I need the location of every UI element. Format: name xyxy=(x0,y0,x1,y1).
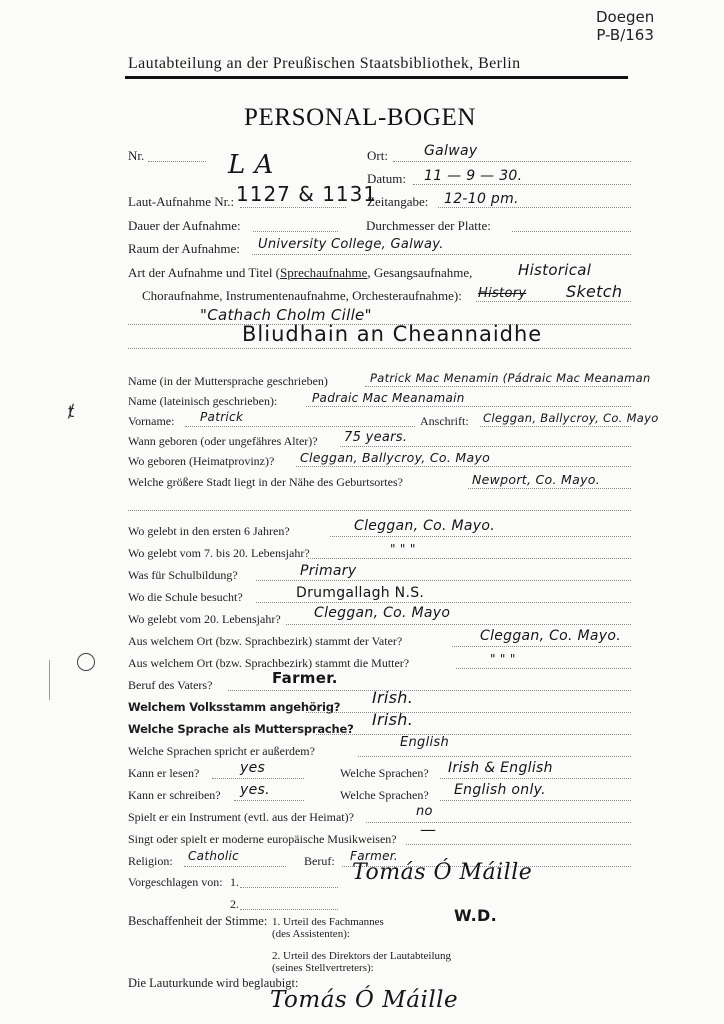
art-label-suffix: , Gesangsaufnahme, xyxy=(367,265,472,280)
schreiben-label: Kann er schreiben? xyxy=(128,787,221,803)
instrument-field[interactable] xyxy=(366,822,631,823)
nr-field[interactable] xyxy=(148,161,206,162)
raum-label: Raum der Aufnahme: xyxy=(128,241,240,257)
name-native-label: Name (in der Muttersprache geschrieben) xyxy=(128,373,328,389)
vorgeschlagen-1-num: 1. xyxy=(230,874,239,890)
schulbildung-field[interactable] xyxy=(256,580,631,581)
instrument-label: Spielt er ein Instrument (evtl. aus der … xyxy=(128,809,354,825)
vater-ort-field[interactable] xyxy=(452,646,631,647)
art-label-underlined: Sprechaufnahme xyxy=(280,265,367,280)
musik-field[interactable] xyxy=(406,844,631,845)
musik-value: — xyxy=(420,822,436,838)
vater-ort-label: Aus welchem Ort (bzw. Sprachbezirk) stam… xyxy=(128,633,402,649)
vorname-label: Vorname: xyxy=(128,413,174,429)
muttersprache-field[interactable] xyxy=(316,734,631,735)
7-20-field[interactable] xyxy=(308,558,631,559)
lesen-value: yes xyxy=(240,760,265,776)
art-label-prefix: Art der Aufnahme und Titel ( xyxy=(128,265,280,280)
vorgeschlagen-1-field[interactable] xyxy=(240,887,338,888)
mutter-ort-field[interactable] xyxy=(456,668,631,669)
sprachen-field[interactable] xyxy=(358,756,631,757)
vorgeschlagen-label: Vorgeschlagen von: xyxy=(128,874,223,890)
beruf-vater-value: Farmer. xyxy=(272,670,338,686)
instrument-value: no xyxy=(416,804,433,820)
name-latin-value: Padraic Mac Meanamain xyxy=(312,390,465,406)
7-20-label: Wo gelebt vom 7. bis 20. Lebensjahr? xyxy=(128,545,310,561)
raum-field[interactable] xyxy=(252,254,631,255)
punch-hole xyxy=(77,653,95,671)
ort-label: Ort: xyxy=(367,148,388,164)
schulbildung-label: Was für Schulbildung? xyxy=(128,567,238,583)
dauer-field[interactable] xyxy=(253,231,338,232)
laut-aufnahme-label: Laut-Aufnahme Nr.: xyxy=(128,194,234,210)
nr-value: L A xyxy=(228,157,274,173)
urteil-1-signature: W.D. xyxy=(454,908,497,924)
wo-geboren-value: Cleggan, Ballycroy, Co. Mayo xyxy=(300,450,490,466)
mutter-ort-label: Aus welchem Ort (bzw. Sprachbezirk) stam… xyxy=(128,655,409,671)
religion-label: Religion: xyxy=(128,853,173,869)
sprachen-value: English xyxy=(400,735,449,751)
schreiben-sprachen-label: Welche Sprachen? xyxy=(340,787,429,803)
erste-jahre-value: Cleggan, Co. Mayo. xyxy=(354,518,495,534)
erste-jahre-label: Wo gelebt in den ersten 6 Jahren? xyxy=(128,523,290,539)
raum-value: University College, Galway. xyxy=(258,237,444,253)
art-label-line1: Art der Aufnahme und Titel (Sprechaufnah… xyxy=(128,265,472,281)
zeitangabe-value: 12-10 pm. xyxy=(444,191,519,207)
schulbildung-value: Primary xyxy=(300,563,356,579)
stadt-value: Newport, Co. Mayo. xyxy=(472,472,600,488)
schreiben-field[interactable] xyxy=(234,800,304,801)
stadt-field-extra[interactable] xyxy=(128,510,631,511)
schreiben-sprachen-value: English only. xyxy=(454,782,546,798)
laut-aufnahme-value: 1127 & 1131 xyxy=(236,186,377,202)
beruf-vater-label: Beruf des Vaters? xyxy=(128,677,212,693)
lesen-sprachen-label: Welche Sprachen? xyxy=(340,765,429,781)
durchmesser-field[interactable] xyxy=(512,231,631,232)
datum-value: 11 — 9 — 30. xyxy=(424,168,522,184)
lesen-field[interactable] xyxy=(212,778,304,779)
stimme-label: Beschaffenheit der Stimme: xyxy=(128,913,267,929)
geboren-value: 75 years. xyxy=(344,430,407,446)
sprachen-label: Welche Sprachen spricht er außerdem? xyxy=(128,743,315,759)
vorname-value: Patrick xyxy=(200,409,243,425)
ab-20-value: Cleggan, Co. Mayo xyxy=(314,605,450,621)
beruf-label: Beruf: xyxy=(304,853,335,869)
volksstamm-field[interactable] xyxy=(306,712,631,713)
durchmesser-label: Durchmesser der Platte: xyxy=(366,218,491,234)
lesen-label: Kann er lesen? xyxy=(128,765,199,781)
art-label-line2: Choraufnahme, Instrumentenaufnahme, Orch… xyxy=(142,288,462,304)
dauer-label: Dauer der Aufnahme: xyxy=(128,218,241,234)
name-latin-label: Name (lateinisch geschrieben): xyxy=(128,393,277,409)
urteil-1-line1: 1. Urteil des Fachmannes xyxy=(272,916,384,928)
stadt-label: Welche größere Stadt liegt in der Nähe d… xyxy=(128,474,403,490)
name-native-value: Patrick Mac Menamin (Pádraic Mac Meanama… xyxy=(370,370,651,386)
name-native-field[interactable] xyxy=(365,386,631,387)
wo-geboren-field[interactable] xyxy=(296,466,631,467)
zeitangabe-field[interactable] xyxy=(438,207,631,208)
schule-value: Drumgallagh N.S. xyxy=(296,585,424,601)
header-rule xyxy=(125,76,628,79)
geboren-field[interactable] xyxy=(340,446,631,447)
ab-20-label: Wo gelebt vom 20. Lebensjahr? xyxy=(128,611,281,627)
schreiben-value: yes. xyxy=(240,782,270,798)
archive-reference-line2: P-B/163 xyxy=(596,26,654,44)
schule-field[interactable] xyxy=(256,602,631,603)
religion-value: Catholic xyxy=(188,848,239,864)
art-value-struck: History xyxy=(478,286,526,302)
erste-jahre-field[interactable] xyxy=(330,536,631,537)
mutter-ort-value: " " " xyxy=(490,651,516,667)
margin-line xyxy=(49,660,50,700)
zeitangabe-label: Zeitangabe: xyxy=(367,194,428,210)
laut-aufnahme-field[interactable] xyxy=(240,207,346,208)
archive-reference: Doegen P-B/163 xyxy=(596,8,654,44)
title-line-1: "Cathach Cholm Cille" xyxy=(200,307,372,323)
vater-ort-value: Cleggan, Co. Mayo. xyxy=(480,628,621,644)
nr-label: Nr. xyxy=(128,148,144,164)
urteil-2-line2: (seines Stellvertreters): xyxy=(272,962,374,974)
7-20-value: " " " xyxy=(390,541,416,557)
muttersprache-value: Irish. xyxy=(372,712,413,728)
vorgeschlagen-2-field[interactable] xyxy=(240,909,338,910)
beglaubigt-signature: Tomás Ó Máille xyxy=(270,992,458,1008)
volksstamm-value: Irish. xyxy=(372,690,413,706)
archive-reference-line1: Doegen xyxy=(596,8,654,26)
title-line-2: Bliudhain an Cheannaidhe xyxy=(242,326,542,342)
lesen-sprachen-value: Irish & English xyxy=(448,760,553,776)
art-value: Sketch xyxy=(566,284,622,300)
vorgeschlagen-2-num: 2. xyxy=(230,896,239,912)
wo-geboren-label: Wo geboren (Heimatprovinz)? xyxy=(128,453,274,469)
ort-value: Galway xyxy=(424,143,477,159)
musik-label: Singt oder spielt er moderne europäische… xyxy=(128,831,397,847)
datum-field[interactable] xyxy=(413,184,631,185)
anschrift-field[interactable] xyxy=(480,426,631,427)
stadt-field[interactable] xyxy=(468,488,631,489)
title-field-2[interactable] xyxy=(128,348,631,349)
geboren-label: Wann geboren (oder ungefähres Alter)? xyxy=(128,433,318,449)
art-value-above: Historical xyxy=(518,262,591,278)
ort-field[interactable] xyxy=(393,161,631,162)
page-title: PERSONAL-BOGEN xyxy=(244,104,476,132)
ab-20-field[interactable] xyxy=(286,624,631,625)
urteil-1-line2: (des Assistenten): xyxy=(272,928,350,940)
urteil-2-line1: 2. Urteil des Direktors der Lautabteilun… xyxy=(272,950,451,962)
name-latin-field[interactable] xyxy=(306,406,631,407)
lesen-sprachen-field[interactable] xyxy=(440,778,631,779)
margin-tick-mark: ⱦ xyxy=(68,402,74,421)
anschrift-label: Anschrift: xyxy=(420,413,469,429)
religion-field[interactable] xyxy=(184,866,286,867)
vorname-field[interactable] xyxy=(185,426,415,427)
anschrift-value: Cleggan, Ballycroy, Co. Mayo xyxy=(483,410,659,426)
schule-label: Wo die Schule besucht? xyxy=(128,589,243,605)
schreiben-sprachen-field[interactable] xyxy=(440,800,631,801)
institution-header: Lautabteilung an der Preußischen Staatsb… xyxy=(128,55,521,73)
vorgeschlagen-1-value: Tomás Ó Máille xyxy=(352,865,532,881)
beruf-vater-field[interactable] xyxy=(228,690,631,691)
